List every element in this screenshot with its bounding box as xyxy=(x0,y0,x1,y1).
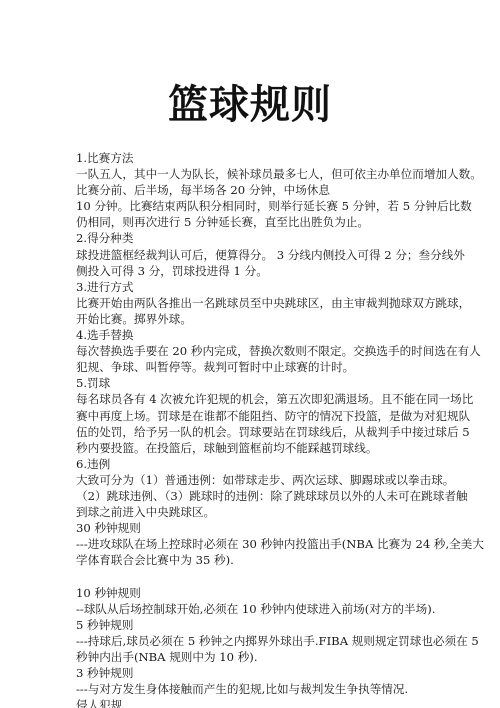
text-line: 赛中再度上场。罚球是在谁都不能阻挡、防守的情况下投篮，是做为对犯规队 xyxy=(76,408,486,424)
text-line: 犯规、争球、叫暂停等。裁判可暂时中止球赛的计时。 xyxy=(76,359,486,375)
text-line: 一队五人，其中一人为队长，候补球员最多七人，但可依主办单位而增加人数。 xyxy=(76,166,486,182)
section-heading: 4.选手替换 xyxy=(76,327,486,343)
section-heading: 6.违例 xyxy=(76,456,486,472)
text-line: 秒内要投篮。在投篮后，球触到篮框前均不能踩越罚球线。 xyxy=(76,440,486,456)
text-line: 每名球员各有 4 次被允许犯规的机会，第五次即犯满退场。且不能在同一场比 xyxy=(76,391,486,407)
document-body: 1.比赛方法 一队五人，其中一人为队长，候补球员最多七人，但可依主办单位而增加人… xyxy=(76,150,486,708)
text-line: （2）跳球违例、（3）跳球时的违例：除了跳球球员以外的人未可在跳球者触 xyxy=(76,488,486,504)
section-heading: 3 秒钟规则 xyxy=(76,665,486,681)
text-line: 比赛开始由两队各推出一名跳球员至中央跳球区，由主审裁判抛球双方跳球， xyxy=(76,295,486,311)
section-heading: 5 秒钟规则 xyxy=(76,617,486,633)
section-heading: 10 秒钟规则 xyxy=(76,585,486,601)
section-heading: 侵人犯规 xyxy=(76,697,486,708)
text-line: ---与对方发生身体接触而产生的犯规,比如与裁判发生争执等情况. xyxy=(76,681,486,697)
text-line: 到球之前进入中央跳球区。 xyxy=(76,504,486,520)
text-line: 侧投入可得 3 分，罚球投进得 1 分。 xyxy=(76,263,486,279)
text-line: 每次替换选手要在 20 秒内完成，替换次数则不限定。交换选手的时间选在有人 xyxy=(76,343,486,359)
text-line: 学体育联合会比赛中为 35 秒). xyxy=(76,552,486,568)
page-title: 篮球规则 xyxy=(0,80,500,130)
text-line: ---进攻球队在场上控球时必须在 30 秒钟内投篮出手(NBA 比赛为 24 秒… xyxy=(76,536,486,552)
blank-line xyxy=(76,568,486,584)
text-line: --球队从后场控制球开始,必须在 10 秒钟内使球进入前场(对方的半场). xyxy=(76,601,486,617)
text-line: 10 分钟。比赛结束两队积分相同时，则举行延长赛 5 分钟，若 5 分钟后比数 xyxy=(76,198,486,214)
text-line: 大致可分为（1）普通违例：如带球走步、两次运球、脚踢球或以拳击球。 xyxy=(76,472,486,488)
text-line: 球投进篮框经裁判认可后，便算得分。 3 分线内侧投入可得 2 分；叁分线外 xyxy=(76,247,486,263)
section-heading: 5.罚球 xyxy=(76,375,486,391)
text-line: 伍的处罚，给予另一队的机会。罚球要站在罚球线后，从裁判手中接过球后 5 xyxy=(76,424,486,440)
section-heading: 3.进行方式 xyxy=(76,279,486,295)
section-heading: 2.得分种类 xyxy=(76,230,486,246)
text-line: ---持球后,球员必须在 5 秒钟之内掷界外球出手.FIBA 规则规定罚球也必须… xyxy=(76,633,486,649)
text-line: 仍相同，则再次进行 5 分钟延长赛，直至比出胜负为止。 xyxy=(76,214,486,230)
text-line: 比赛分前、后半场，每半场各 20 分钟，中场休息 xyxy=(76,182,486,198)
text-line: 开始比赛。掷界外球。 xyxy=(76,311,486,327)
section-heading: 1.比赛方法 xyxy=(76,150,486,166)
section-heading: 30 秒钟规则 xyxy=(76,520,486,536)
text-line: 秒钟内出手(NBA 规则中为 10 秒). xyxy=(76,649,486,665)
